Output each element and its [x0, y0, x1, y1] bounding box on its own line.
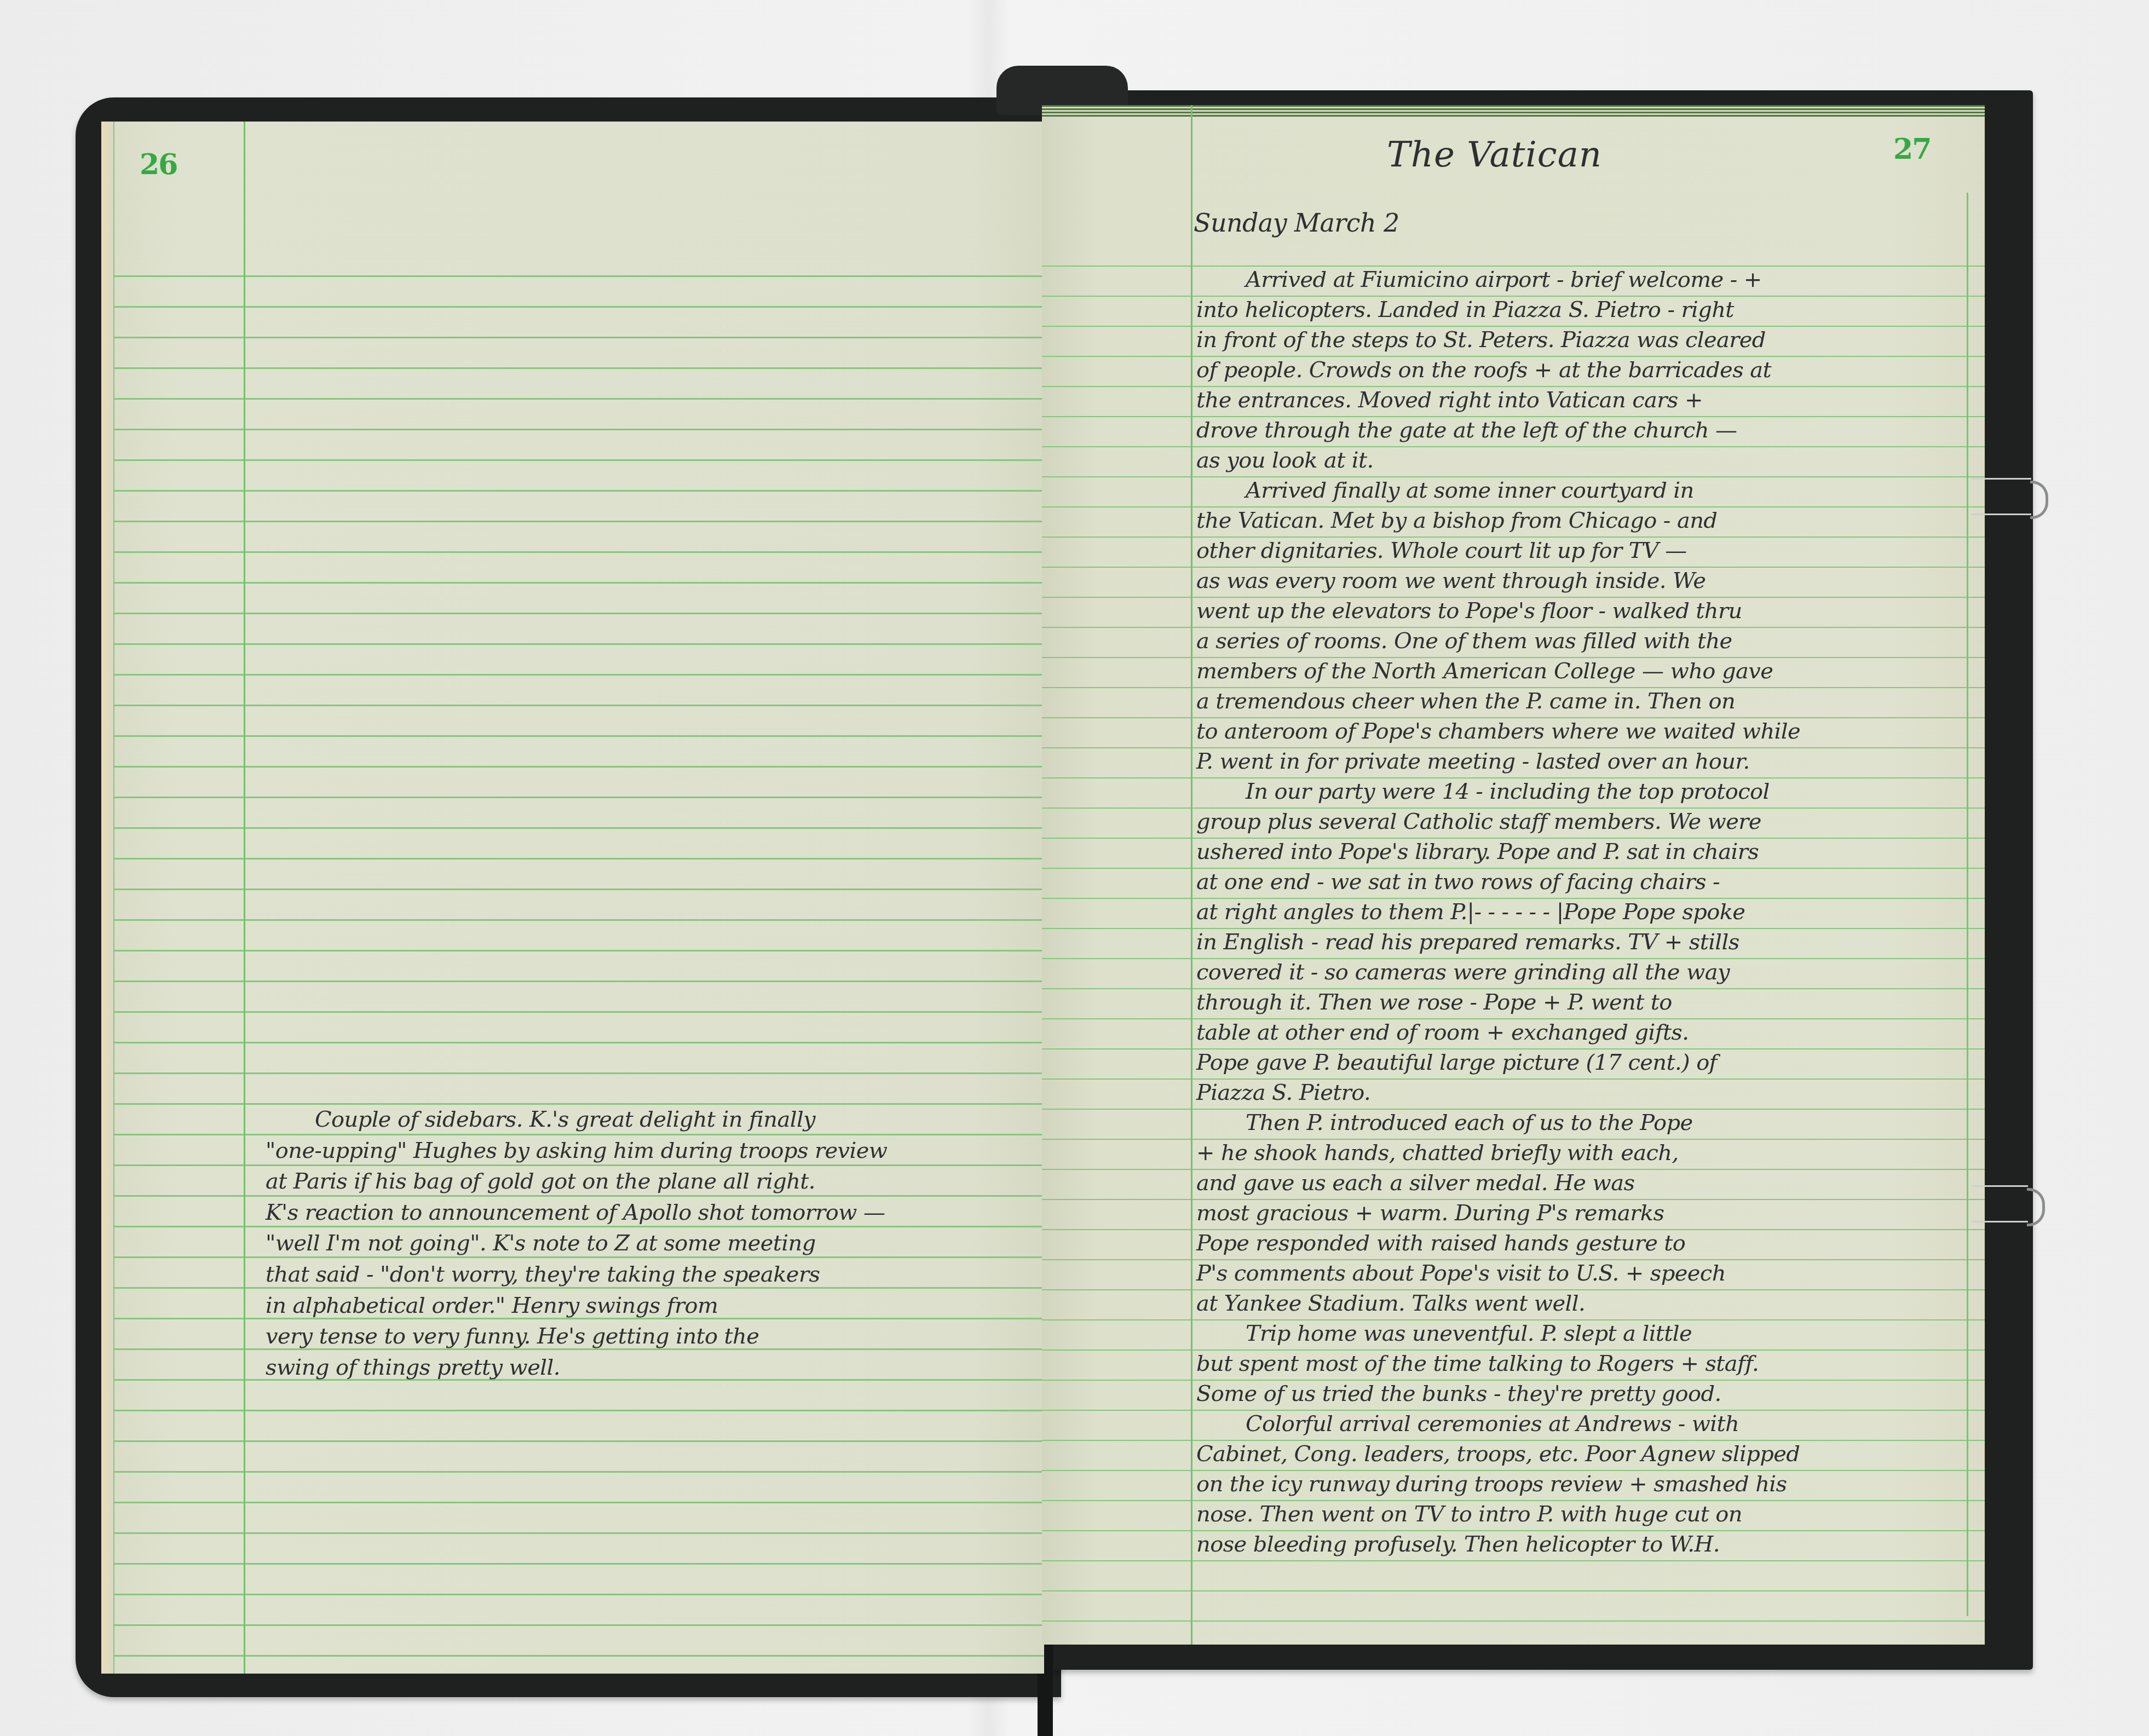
paper-clip-wire	[1971, 478, 2031, 480]
text-line: most gracious + warm. During P's remarks	[1196, 1198, 1985, 1229]
text-line: Couple of sidebars. K.'s great delight i…	[266, 1104, 887, 1135]
text-line: very tense to very funny. He's getting i…	[266, 1321, 887, 1352]
text-line: in English - read his prepared remarks. …	[1196, 927, 1985, 958]
text-line: a series of rooms. One of them was fille…	[1196, 626, 1985, 656]
text-line: to anteroom of Pope's chambers where we …	[1196, 717, 1985, 747]
text-line: on the icy runway during troops review +…	[1196, 1469, 1985, 1499]
text-line: Cabinet, Cong. leaders, troops, etc. Poo…	[1196, 1439, 1985, 1469]
text-line: at one end - we sat in two rows of facin…	[1196, 867, 1985, 897]
text-line: Arrived finally at some inner courtyard …	[1196, 476, 1985, 506]
page-number: 26	[140, 148, 177, 181]
text-line: drove through the gate at the left of th…	[1196, 416, 1985, 446]
text-line: at right angles to them P.|- - - - - - |…	[1196, 897, 1985, 927]
paper-clip-wire	[1971, 1185, 2028, 1187]
text-line: into helicopters. Landed in Piazza S. Pi…	[1196, 295, 1985, 325]
margin-line	[244, 122, 245, 1674]
text-line: + he shook hands, chatted briefly with e…	[1196, 1138, 1985, 1168]
text-line: ushered into Pope's library. Pope and P.…	[1196, 837, 1985, 867]
text-line: went up the elevators to Pope's floor - …	[1196, 596, 1985, 626]
writing-column: Sunday March 2 Arrived at Fiumicino airp…	[1191, 105, 1968, 1645]
text-line: in front of the steps to St. Peters. Pia…	[1196, 325, 1985, 355]
right-page-entry: Arrived at Fiumicino airport - brief wel…	[1196, 265, 1985, 1560]
text-line: members of the North American College — …	[1196, 656, 1985, 687]
text-line: at Yankee Stadium. Talks went well.	[1196, 1289, 1985, 1319]
right-page: 27 The Vatican Sunday March 2 Arrived at…	[1042, 105, 1985, 1645]
text-line: at Paris if his bag of gold got on the p…	[266, 1166, 887, 1197]
text-line: Colorful arrival ceremonies at Andrews -…	[1196, 1409, 1985, 1439]
text-line: In our party were 14 - including the top…	[1196, 777, 1985, 807]
text-line: Some of us tried the bunks - they're pre…	[1196, 1379, 1985, 1409]
text-line: K's reaction to announcement of Apollo s…	[266, 1197, 887, 1229]
text-line: Pope gave P. beautiful large picture (17…	[1196, 1048, 1985, 1078]
text-line: nose. Then went on TV to intro P. with h…	[1196, 1499, 1985, 1530]
text-line: in alphabetical order." Henry swings fro…	[266, 1290, 887, 1322]
text-line: P's comments about Pope's visit to U.S. …	[1196, 1259, 1985, 1289]
ruled-lines	[113, 246, 1044, 1674]
text-line: of people. Crowds on the roofs + at the …	[1196, 355, 1985, 385]
text-line: "one-upping" Hughes by asking him during…	[266, 1135, 887, 1167]
text-line: but spent most of the time talking to Ro…	[1196, 1349, 1985, 1379]
text-line: table at other end of room + exchanged g…	[1196, 1018, 1985, 1048]
text-line: a tremendous cheer when the P. came in. …	[1196, 687, 1985, 717]
text-line: through it. Then we rose - Pope + P. wen…	[1196, 988, 1985, 1018]
text-line: the Vatican. Met by a bishop from Chicag…	[1196, 506, 1985, 536]
paper-clip-wire	[1971, 514, 2031, 515]
text-line: swing of things pretty well.	[266, 1352, 887, 1383]
text-line: the entrances. Moved right into Vatican …	[1196, 385, 1985, 416]
text-line: and gave us each a silver medal. He was	[1196, 1168, 1985, 1198]
text-line: as was every room we went through inside…	[1196, 566, 1985, 596]
text-line: other dignitaries. Whole court lit up fo…	[1196, 536, 1985, 566]
entry-date: Sunday March 2	[1194, 208, 1399, 238]
text-line: that said - "don't worry, they're taking…	[266, 1259, 887, 1290]
text-line: group plus several Catholic staff member…	[1196, 807, 1985, 837]
text-line: "well I'm not going". K's note to Z at s…	[266, 1228, 887, 1259]
text-line: Then P. introduced each of us to the Pop…	[1196, 1108, 1985, 1138]
text-line: covered it - so cameras were grinding al…	[1196, 958, 1985, 988]
left-page: 26 Couple of sidebars. K.'s great deligh…	[101, 122, 1044, 1674]
page-block-edge	[101, 122, 114, 1674]
text-line: as you look at it.	[1196, 446, 1985, 476]
paper-clip-wire	[1971, 1221, 2028, 1222]
text-line: Arrived at Fiumicino airport - brief wel…	[1196, 265, 1985, 295]
text-line: Trip home was uneventful. P. slept a lit…	[1196, 1319, 1985, 1349]
text-line: Piazza S. Pietro.	[1196, 1078, 1985, 1108]
left-page-entry: Couple of sidebars. K.'s great delight i…	[266, 1104, 887, 1383]
text-line: nose bleeding profusely. Then helicopter…	[1196, 1530, 1985, 1560]
text-line: P. went in for private meeting - lasted …	[1196, 747, 1985, 777]
text-line: Pope responded with raised hands gesture…	[1196, 1229, 1985, 1259]
